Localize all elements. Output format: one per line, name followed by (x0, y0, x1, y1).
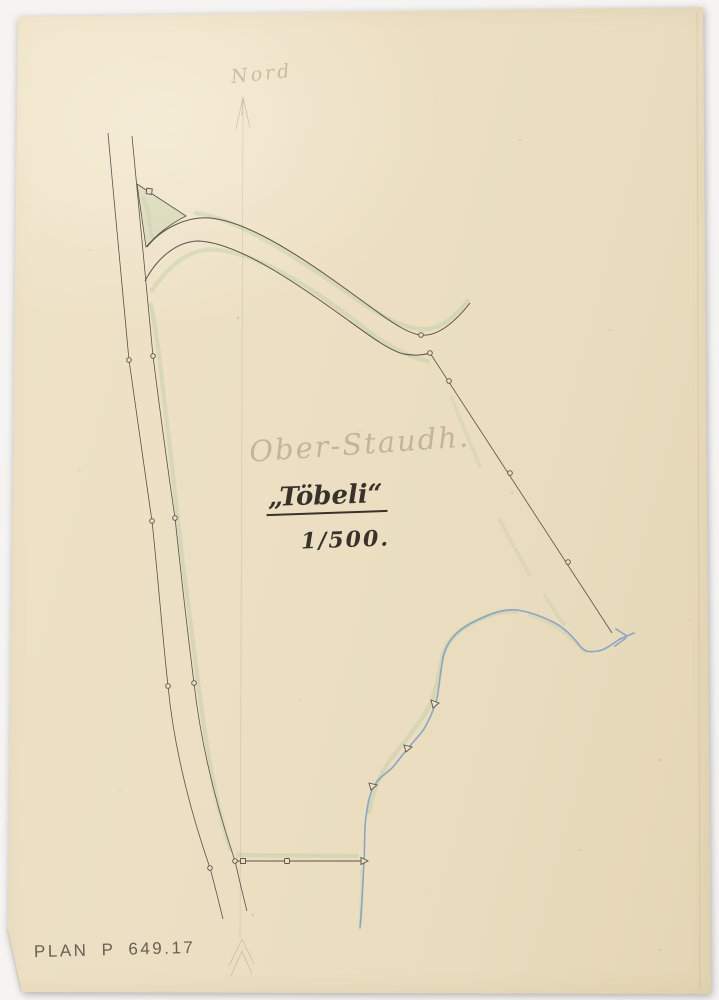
curved-road-outer-edge (147, 218, 470, 335)
stream (360, 610, 634, 928)
stream-arrow-icon (615, 629, 634, 646)
foxing-speck (237, 317, 239, 319)
foxing-speck (89, 249, 91, 251)
south-fletching-icon (229, 939, 254, 976)
foxing-speck (579, 849, 581, 851)
vegetation-along-road-curve-inner (152, 250, 428, 361)
plan-number-label: PLAN P 649.17 (34, 938, 196, 962)
foxing-speck (689, 619, 691, 621)
boundary-marker-circle (419, 333, 424, 338)
vegetation-along-road-curve-outer (196, 213, 468, 329)
foxing-speck (639, 209, 641, 211)
foxing-speck (659, 949, 661, 951)
plan-title: „Töbeli“ (265, 479, 387, 516)
boundary-marker-circle (208, 866, 213, 871)
curved-road-inner-edge (145, 241, 430, 355)
boundary-marker-circle (166, 684, 171, 689)
bottom-left-fold-crease (7, 929, 21, 991)
stream-path (360, 610, 620, 928)
foxing-speck (252, 914, 254, 916)
vegetation-along-right-boundary-2 (500, 520, 530, 575)
vegetation-along-bottom-boundary (238, 855, 358, 856)
vegetation-marks (137, 184, 589, 922)
plan-scale: 1/500. (301, 525, 391, 554)
boundary-marker-circle (233, 859, 238, 864)
boundary-marker-circle (508, 471, 513, 476)
right-edge-crease (697, 12, 700, 990)
boundary-marker-square (241, 859, 246, 864)
boundary-marker-circle (447, 379, 452, 384)
foxing-speck (79, 469, 81, 471)
boundary-marker-circle (127, 358, 132, 363)
vegetation-along-stream-left-bank (369, 611, 517, 812)
boundary-marker-circle (151, 354, 156, 359)
boundary-marker-circle (192, 681, 197, 686)
foxing-speck (299, 699, 301, 701)
boundary-marker-circle (566, 560, 571, 565)
scanned-plan-scene: Nord Ober-Staudh. „Töbeli“ 1/500. PLAN P… (0, 0, 719, 1000)
boundary-marker-square (146, 188, 152, 194)
foxing-speck (609, 329, 611, 331)
foxing-speck (511, 492, 513, 494)
foxing-speck (159, 619, 161, 621)
boundary-marker-square (285, 859, 290, 864)
foxing-speck (659, 759, 661, 761)
boundary-east-line (430, 353, 612, 633)
stream-marker-triangle (431, 700, 439, 708)
boundary-marker-circle (428, 351, 433, 356)
boundary-marker-circle (173, 516, 178, 521)
foxing-speck (519, 139, 521, 141)
boundary-marker-circle (150, 519, 155, 524)
vegetation-along-left-road (151, 305, 231, 852)
foxing-speck (119, 789, 121, 791)
